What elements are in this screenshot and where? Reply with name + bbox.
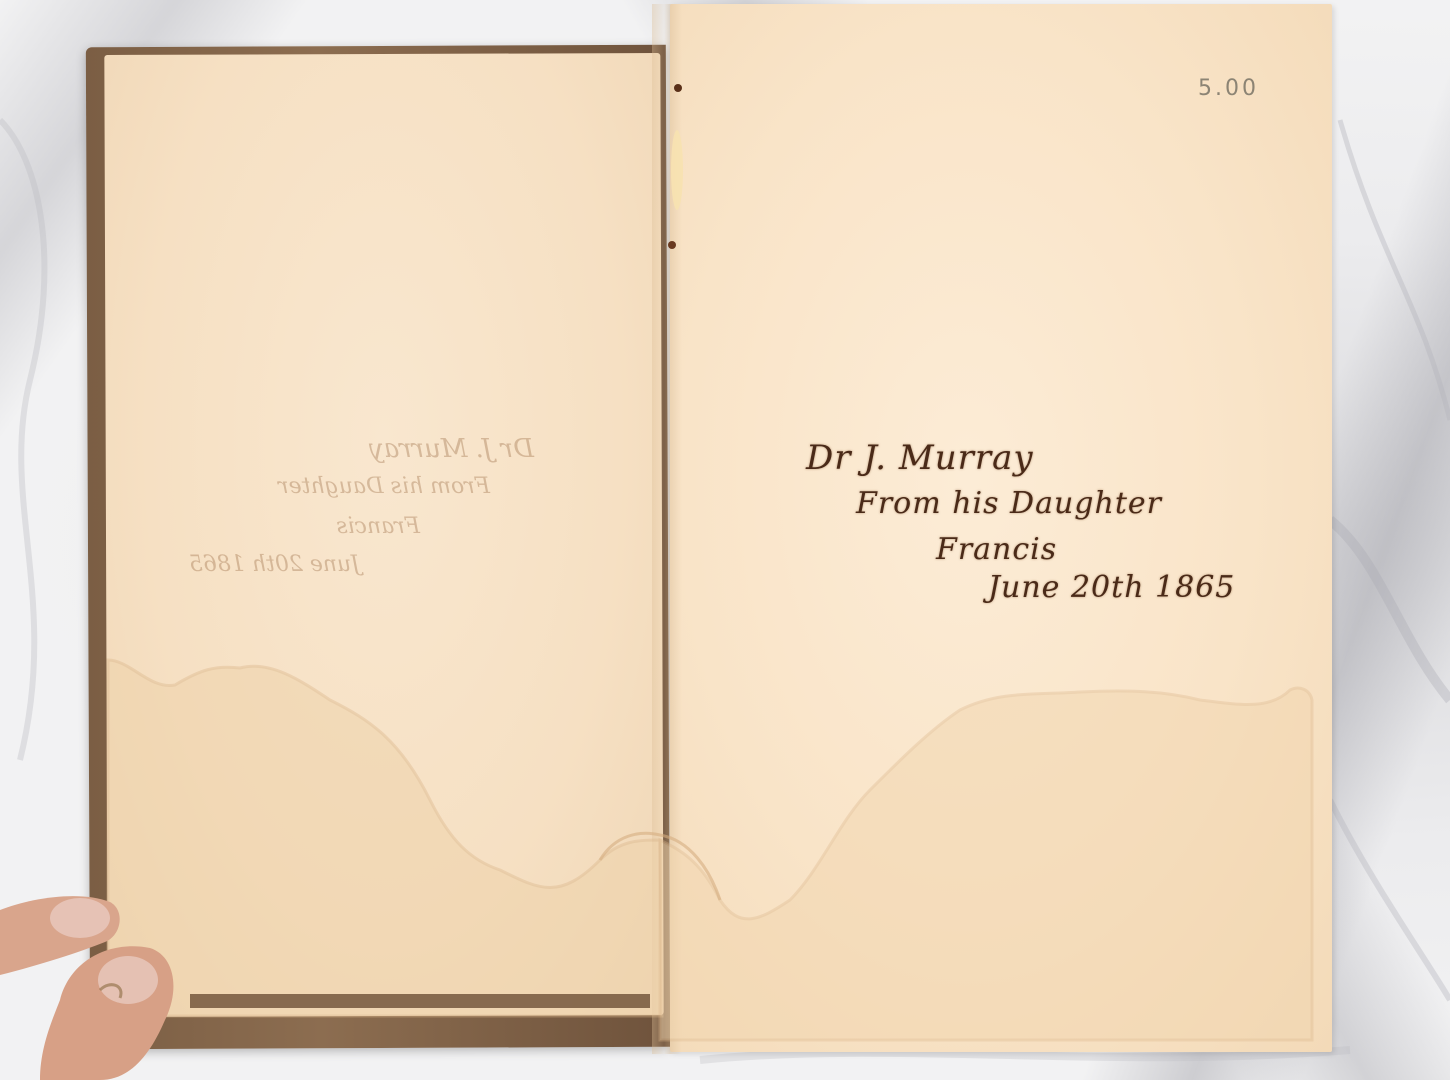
offset-line-4: June 20th 1865 [189, 552, 360, 577]
pencil-price-mark: 5.00 [1198, 76, 1259, 101]
hand-holding-book [0, 880, 200, 1080]
handwritten-inscription: Dr J. Murray From his Daughter Francis J… [800, 430, 1280, 630]
offset-ghost-inscription: Dr J. Murray From his Daughter Francis J… [160, 430, 540, 610]
book-gutter [652, 4, 682, 1054]
inscription-date: June 20th 1865 [988, 570, 1235, 605]
inscription-signature: Francis [936, 532, 1057, 567]
inscription-from: From his Daughter [856, 486, 1162, 521]
offset-line-3: Francis [336, 514, 420, 539]
inscription-recipient: Dr J. Murray [806, 438, 1034, 478]
offset-line-2: From his Daughter [278, 474, 490, 499]
offset-line-1: Dr J. Murray [369, 434, 534, 464]
photo-scene: Dr J. Murray From his Daughter Francis J… [0, 0, 1450, 1080]
